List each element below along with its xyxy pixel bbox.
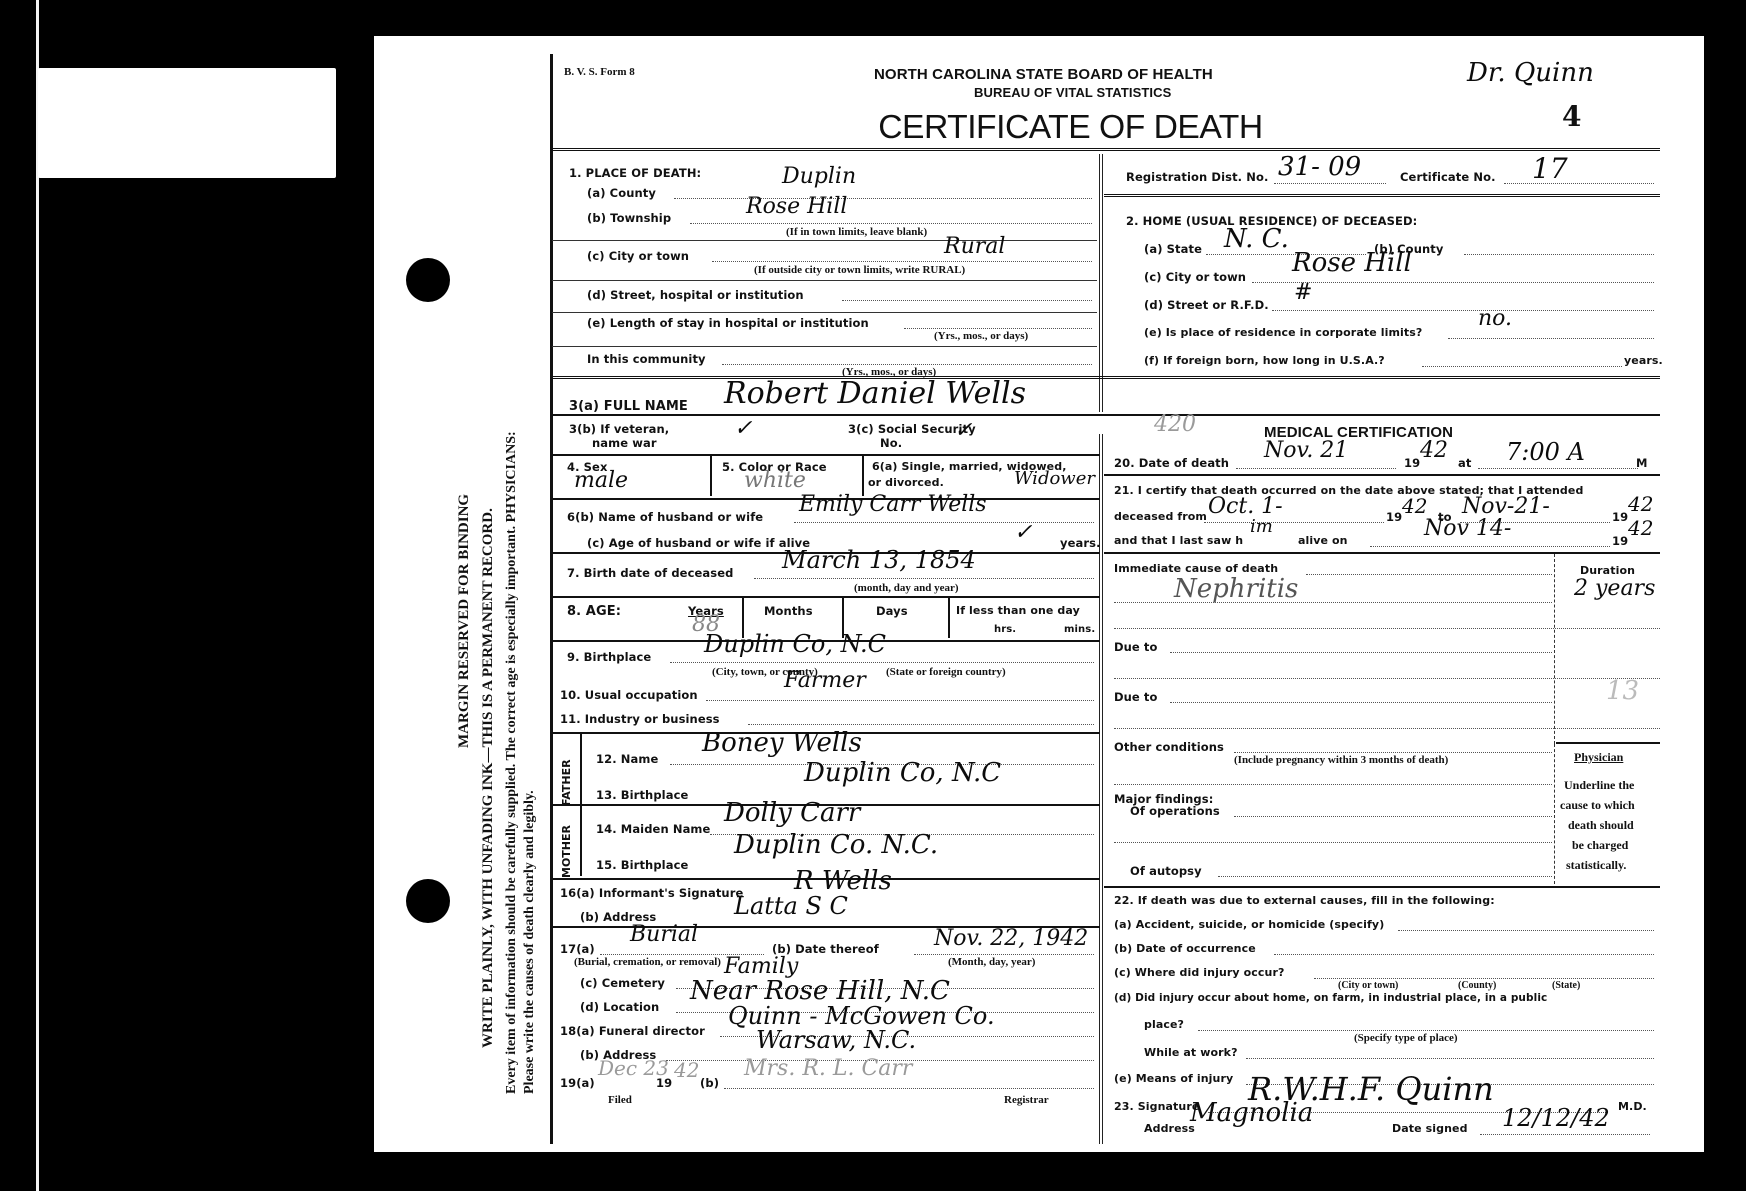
rule [1274, 954, 1654, 955]
rule [1398, 930, 1654, 931]
signature-address-value[interactable]: Magnolia [1190, 1098, 1313, 1128]
birth-date-note: (month, day and year) [854, 582, 959, 594]
race-value[interactable]: white [744, 468, 806, 493]
home-corporate-value[interactable]: no. [1478, 306, 1512, 331]
sex-value[interactable]: male [574, 468, 628, 493]
rule [1218, 876, 1552, 877]
rule [552, 376, 1660, 379]
filed-caption: Filed [608, 1094, 632, 1106]
birthplace-value[interactable]: Duplin Co, N.C [704, 630, 886, 658]
external-c-note-state: (State) [1552, 980, 1580, 991]
death-time-value[interactable]: 7:00 A [1506, 438, 1585, 466]
last-saw-year[interactable]: 42 [1628, 516, 1653, 540]
rule [1504, 183, 1654, 184]
place-of-death-heading: 1. PLACE OF DEATH: [569, 166, 701, 180]
rule [1306, 574, 1552, 575]
township-note: (If in town limits, leave blank) [786, 226, 927, 238]
rule [754, 578, 1094, 579]
death-year-value[interactable]: 42 [1420, 438, 1448, 463]
external-c-note-city: (City or town) [1338, 980, 1398, 991]
rule [552, 454, 1100, 456]
rule [1114, 784, 1552, 785]
rule [552, 346, 1097, 347]
margin-instruction-1: WRITE PLAINLY, WITH UNFADING INK—THIS IS… [480, 508, 497, 1048]
agency-name: NORTH CAROLINA STATE BOARD OF HEALTH [874, 66, 1213, 83]
occupation-value[interactable]: Farmer [784, 668, 866, 693]
other-conditions-label: Other conditions [1114, 740, 1224, 754]
external-d-label: (d) Did injury occur about home, on farm… [1114, 992, 1547, 1004]
external-d-label-2: place? [1144, 1018, 1184, 1031]
annotation-number: 4 [1562, 100, 1581, 133]
birth-date-label: 7. Birth date of deceased [567, 566, 733, 580]
marital-value[interactable]: Widower [1014, 468, 1095, 489]
registrar-value[interactable]: Mrs. R. L. Carr [744, 1056, 912, 1081]
cemetery-label: (c) Cemetery [580, 976, 665, 990]
margin-instruction-2: Every item of information should be care… [504, 431, 520, 1094]
due-to-label-2: Due to [1114, 690, 1158, 704]
burial-date-note: (Month, day, year) [948, 956, 1035, 968]
attended-from-label: deceased from [1114, 510, 1207, 523]
rule [1478, 468, 1638, 469]
external-a-label: (a) Accident, suicide, or homicide (spec… [1114, 918, 1384, 931]
city-note: (If outside city or town limits, write R… [754, 264, 965, 276]
external-c-note-county: (County) [1458, 980, 1496, 991]
marital-label-2: or divorced. [868, 476, 944, 489]
father-birthplace-label: 13. Birthplace [596, 788, 688, 802]
rule [1370, 546, 1610, 547]
burial-date-value[interactable]: Nov. 22, 1942 [934, 926, 1088, 951]
rule [552, 312, 1097, 313]
mother-tag: MOTHER [560, 825, 573, 878]
father-name-label: 12. Name [596, 752, 658, 766]
date-signed-label: Date signed [1392, 1122, 1468, 1135]
rule [1464, 254, 1654, 255]
birthplace-note-2: (State or foreign country) [886, 666, 1006, 678]
bureau-name: BUREAU OF VITAL STATISTICS [974, 85, 1171, 100]
pencil-note: 420 [1154, 412, 1196, 437]
margin-instruction-3: Please write the causes of death clearly… [522, 790, 538, 1094]
rule [1104, 886, 1660, 888]
county-line [674, 198, 1092, 199]
industry-label: 11. Industry or business [560, 712, 720, 726]
spouse-value[interactable]: Emily Carr Wells [799, 492, 987, 517]
year-prefix: 19 [1612, 534, 1628, 548]
rule [1246, 1058, 1654, 1059]
death-year-prefix: 19 [1404, 456, 1420, 470]
page-title: CERTIFICATE OF DEATH [878, 108, 1262, 146]
due-to-label-1: Due to [1114, 640, 1158, 654]
rule [1114, 842, 1552, 843]
filed-label: 19(a) [560, 1076, 595, 1090]
autopsy-label: Of autopsy [1130, 864, 1202, 878]
city-label: (c) City or town [587, 249, 689, 263]
full-name-label: 3(a) FULL NAME [569, 399, 688, 414]
last-saw-label: and that I last saw h [1114, 534, 1243, 547]
spouse-age-suffix: years. [1060, 536, 1101, 550]
age-hrs-label: hrs. [994, 624, 1016, 635]
other-conditions-note: (Include pregnancy within 3 months of de… [1234, 754, 1448, 766]
township-label: (b) Township [587, 211, 671, 225]
rule [706, 700, 1094, 701]
physician-note: be charged [1572, 838, 1628, 853]
mother-name-label: 14. Maiden Name [596, 822, 710, 836]
physician-note: Underline the [1564, 778, 1634, 793]
rule [552, 414, 1660, 416]
signature-suffix: M.D. [1618, 1100, 1647, 1113]
rule [1554, 554, 1555, 744]
year-prefix: 19 [1612, 510, 1628, 524]
header-rule [552, 148, 1660, 151]
rule [1204, 522, 1384, 523]
social-security-label-2: No. [880, 436, 902, 450]
home-city-value[interactable]: Rose Hill [1292, 248, 1412, 278]
death-date-value[interactable]: Nov. 21 [1264, 438, 1348, 463]
stay-label: (e) Length of stay in hospital or instit… [587, 316, 869, 330]
film-edge-line [36, 0, 39, 1191]
home-street-label: (d) Street or R.F.D. [1144, 298, 1269, 312]
cause-value[interactable]: Nephritis [1174, 574, 1298, 604]
margin-binding-text: MARGIN RESERVED FOR BINDING [456, 494, 473, 748]
occupation-label: 10. Usual occupation [560, 688, 698, 702]
rule [862, 456, 864, 496]
community-label: In this community [587, 352, 706, 366]
binding-hole-bottom [406, 879, 450, 923]
rule [1114, 602, 1552, 603]
veteran-label-2: name war [592, 436, 657, 450]
rule [1114, 678, 1660, 679]
county-label: (a) County [587, 186, 656, 200]
home-state-label: (a) State [1144, 242, 1202, 256]
alive-on-label: alive on [1298, 534, 1348, 547]
rule [1274, 183, 1386, 184]
spouse-label: 6(b) Name of husband or wife [567, 510, 763, 524]
veteran-label: 3(b) If veteran, [569, 422, 669, 436]
external-c-label: (c) Where did injury occur? [1114, 966, 1284, 979]
rule [914, 954, 1094, 955]
stay-line [904, 328, 1092, 329]
rule [552, 240, 1097, 241]
external-e-label: (e) Means of injury [1114, 1072, 1233, 1085]
home-street-value[interactable]: # [1294, 280, 1312, 305]
rule [1422, 366, 1622, 367]
location-label: (d) Location [580, 1000, 659, 1014]
pencil-side-note: 13 [1606, 676, 1639, 706]
rule [724, 1088, 1094, 1089]
rule [1234, 752, 1552, 753]
burial-type-note: (Burial, cremation, or removal) [574, 956, 721, 968]
rule [1114, 628, 1660, 629]
physician-heading: Physician [1574, 750, 1623, 765]
year-prefix: 19 [1386, 510, 1402, 524]
street-line [842, 300, 1092, 301]
burial-type-value[interactable]: Burial [630, 922, 698, 947]
binding-hole-top [406, 258, 450, 302]
last-saw-pronoun[interactable]: im [1250, 516, 1273, 537]
rule [1554, 744, 1555, 884]
city-line [712, 261, 1092, 262]
death-certificate-page: MARGIN RESERVED FOR BINDING WRITE PLAINL… [374, 36, 1704, 1152]
certificate-no-label: Certificate No. [1400, 170, 1496, 184]
county-value[interactable]: Duplin [782, 164, 856, 189]
father-name-value[interactable]: Boney Wells [702, 728, 862, 758]
physician-note: death should [1568, 818, 1634, 833]
informant-address-value[interactable]: Latta S C [734, 892, 848, 920]
father-tag: FATHER [560, 759, 573, 806]
home-corporate-label: (e) Is place of residence in corporate l… [1144, 326, 1422, 339]
filed-year-value[interactable]: 42 [674, 1058, 699, 1082]
spouse-age-value[interactable]: ✓ [1014, 520, 1032, 545]
registrar-label: (b) [700, 1076, 719, 1090]
death-date-label: 20. Date of death [1114, 456, 1229, 470]
death-time-suffix: M [1636, 456, 1648, 470]
birth-date-value[interactable]: March 13, 1854 [782, 546, 976, 574]
rule [670, 662, 1094, 663]
rule [1556, 742, 1660, 744]
veteran-value[interactable]: ✓ [734, 416, 752, 441]
age-less-day-label: If less than one day [956, 604, 1080, 617]
rule [948, 598, 950, 638]
burial-label: 17(a) [560, 942, 595, 956]
film-label-card [38, 68, 336, 178]
rule [1272, 310, 1654, 311]
community-line [722, 364, 1092, 365]
duration-value[interactable]: 2 years [1574, 576, 1655, 601]
attended-from-year[interactable]: 42 [1402, 494, 1427, 518]
filed-year-prefix: 19 [656, 1076, 672, 1090]
registration-dist-label: Registration Dist. No. [1126, 170, 1268, 184]
rule [1314, 978, 1654, 979]
rule [552, 280, 1097, 281]
rule [748, 724, 1094, 725]
city-value[interactable]: Rural [944, 234, 1005, 259]
rule [1170, 702, 1552, 703]
attended-to-year[interactable]: 42 [1628, 492, 1653, 516]
rule [710, 456, 712, 496]
rule [1234, 816, 1552, 817]
rule [1480, 1134, 1650, 1135]
signature-address-label: Address [1144, 1122, 1195, 1135]
external-causes-heading: 22. If death was due to external causes,… [1114, 894, 1495, 907]
physician-note: statistically. [1566, 858, 1626, 873]
registration-dist-value[interactable]: 31- 09 [1278, 152, 1361, 182]
age-months-label: Months [764, 604, 813, 618]
spouse-age-label: (c) Age of husband or wife if alive [587, 536, 810, 550]
signature-label: 23. Signature [1114, 1100, 1199, 1113]
external-b-label: (b) Date of occurrence [1114, 942, 1256, 955]
stay-note: (Yrs., mos., or days) [934, 330, 1028, 342]
external-work-label: While at work? [1144, 1046, 1238, 1059]
funeral-director-label: 18(a) Funeral director [560, 1024, 705, 1038]
certificate-no-value[interactable]: 17 [1532, 152, 1568, 185]
home-foreign-suffix: years. [1624, 354, 1663, 367]
physician-note: cause to which [1560, 798, 1635, 813]
annotation-doctor: Dr. Quinn [1467, 58, 1594, 88]
date-signed-value[interactable]: 12/12/42 [1502, 1104, 1610, 1132]
age-days-label: Days [876, 604, 908, 618]
rule [794, 522, 1094, 523]
form-left-border [550, 54, 553, 1144]
social-security-value[interactable]: ✓ [954, 418, 972, 443]
center-divider-top [1099, 154, 1103, 412]
registrar-caption: Registrar [1004, 1094, 1049, 1106]
mother-birthplace-value[interactable]: Duplin Co. N.C. [734, 830, 938, 860]
external-d-note: (Specify type of place) [1354, 1032, 1458, 1044]
mother-birthplace-label: 15. Birthplace [596, 858, 688, 872]
age-mins-label: mins. [1064, 624, 1095, 635]
last-saw-date[interactable]: Nov 14- [1424, 516, 1511, 541]
mother-name-value[interactable]: Dolly Carr [724, 798, 860, 828]
form-id: B. V. S. Form 8 [564, 66, 635, 78]
township-value[interactable]: Rose Hill [746, 194, 847, 219]
death-at-label: at [1458, 456, 1471, 470]
rule [1114, 728, 1660, 729]
rule [1198, 1030, 1654, 1031]
full-name-value[interactable]: Robert Daniel Wells [724, 376, 1026, 411]
rule [1104, 552, 1660, 554]
rule [552, 596, 1100, 598]
rule [1104, 474, 1660, 476]
rule [1236, 468, 1396, 469]
rule [1448, 338, 1654, 339]
township-line [690, 223, 1092, 224]
rule [1104, 194, 1660, 197]
informant-signature-label: 16(a) Informant's Signature [560, 886, 743, 900]
home-state-value[interactable]: N. C. [1224, 224, 1289, 254]
age-label: 8. AGE: [567, 604, 621, 619]
father-birthplace-value[interactable]: Duplin Co, N.C [804, 758, 1001, 788]
funeral-address-value[interactable]: Warsaw, N.C. [756, 1026, 916, 1054]
birthplace-label: 9. Birthplace [567, 650, 651, 664]
operations-label: Of operations [1130, 804, 1220, 818]
rule [1170, 652, 1552, 653]
home-city-label: (c) City or town [1144, 270, 1246, 284]
home-foreign-label: (f) If foreign born, how long in U.S.A.? [1144, 354, 1385, 367]
street-label: (d) Street, hospital or institution [587, 288, 804, 302]
